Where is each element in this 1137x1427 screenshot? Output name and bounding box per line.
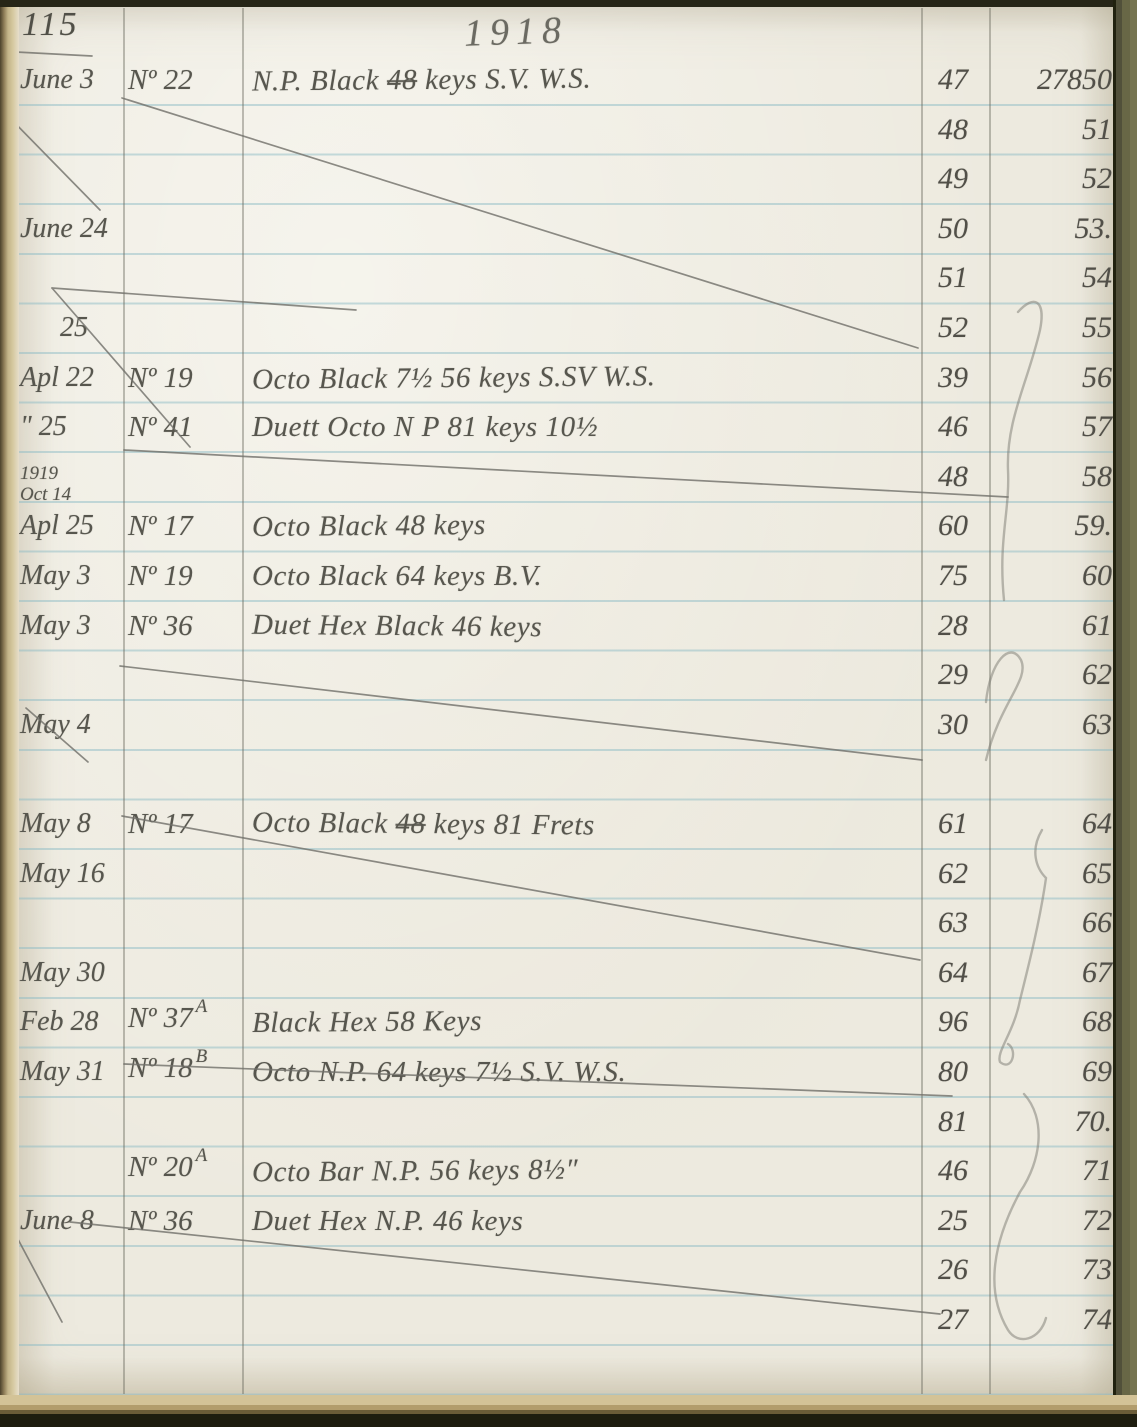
cell-batch-number: 28 bbox=[920, 602, 986, 650]
cell-description: Duett Octo N P 81 keys 10½ bbox=[252, 403, 598, 451]
cell-serial-number: 67 bbox=[990, 949, 1112, 997]
cell-serial-number: 61 bbox=[990, 602, 1112, 650]
cell-date: 25 bbox=[60, 304, 88, 352]
cell-serial-number: 55 bbox=[990, 304, 1112, 352]
description-text: keys 81 Frets bbox=[426, 808, 595, 841]
cell-serial-number: 59. bbox=[990, 502, 1112, 550]
cell-batch-number: 39 bbox=[920, 354, 986, 402]
ledger-row: May 306467 bbox=[0, 947, 1137, 997]
ledger-row: 2673 bbox=[0, 1244, 1137, 1294]
cell-serial-number: 66 bbox=[990, 899, 1112, 947]
cell-description: Octo Black 48 keys 81 Frets bbox=[252, 799, 595, 850]
ledger-row: May 3Nº 19Octo Black 64 keys B.V.7560 bbox=[0, 550, 1137, 600]
cell-batch-number: 62 bbox=[920, 850, 986, 898]
cell-batch-number: 52 bbox=[920, 304, 986, 352]
cell-batch-number: 49 bbox=[920, 155, 986, 203]
cell-batch-number: 46 bbox=[920, 1147, 986, 1195]
ledger-row: June 8Nº 36Duet Hex N.P. 46 keys2572 bbox=[0, 1195, 1137, 1245]
ledger-row: Feb 28Nº 37ABlack Hex 58 Keys9668 bbox=[0, 996, 1137, 1046]
ledger-row: Nº 20AOcto Bar N.P. 56 keys 8½″4671 bbox=[0, 1145, 1137, 1195]
ledger-row: 2774 bbox=[0, 1294, 1137, 1344]
cell-serial-number: 54 bbox=[990, 254, 1112, 302]
cell-model-number: Nº 41 bbox=[128, 403, 193, 451]
cell-serial-number: 51 bbox=[990, 106, 1112, 154]
cell-model-number: Nº 22 bbox=[128, 56, 193, 104]
cell-batch-number: 27 bbox=[920, 1296, 986, 1344]
cell-serial-number: 52 bbox=[990, 155, 1112, 203]
ledger-row: June 245053. bbox=[0, 203, 1137, 253]
cell-date: May 30 bbox=[20, 949, 105, 997]
cell-model-number: Nº 19 bbox=[128, 552, 193, 600]
cell-serial-number: 27850 bbox=[990, 56, 1112, 104]
cell-date: June 24 bbox=[20, 205, 108, 253]
cell-date: May 4 bbox=[20, 701, 91, 749]
description-text: Duet Hex Black 46 keys bbox=[252, 608, 542, 643]
cell-date: Feb 28 bbox=[20, 998, 99, 1046]
ledger-row: 4851 bbox=[0, 104, 1137, 154]
cell-model-number: Nº 37A bbox=[128, 994, 204, 1046]
cell-date: May 3 bbox=[20, 602, 91, 650]
ledger-page: 115 1918 June 3Nº 22N.P. Black 48 keys S… bbox=[0, 0, 1137, 1427]
cell-description: Black Hex 58 Keys bbox=[252, 997, 482, 1047]
cell-description: Duet Hex Black 46 keys bbox=[252, 600, 543, 651]
description-text: Octo Bar N.P. 56 keys 8½″ bbox=[252, 1154, 578, 1189]
cell-serial-number: 57 bbox=[990, 403, 1112, 451]
cell-model-number: Nº 18B bbox=[128, 1044, 204, 1096]
cell-batch-number: 80 bbox=[920, 1048, 986, 1096]
cell-date: June 8 bbox=[20, 1197, 94, 1245]
ledger-row: May 166265 bbox=[0, 848, 1137, 898]
cell-date-note: 1919Oct 14 bbox=[20, 463, 71, 505]
cell-description: Octo Black 64 keys B.V. bbox=[252, 552, 542, 600]
cell-date: May 31 bbox=[20, 1048, 105, 1096]
cell-batch-number: 26 bbox=[920, 1246, 986, 1294]
ledger-row: 255255 bbox=[0, 302, 1137, 352]
description-text: keys S.V. W.S. bbox=[417, 63, 591, 97]
cell-batch-number: 25 bbox=[920, 1197, 986, 1245]
cell-batch-number: 63 bbox=[920, 899, 986, 947]
cell-batch-number: 50 bbox=[920, 205, 986, 253]
book-binding-edge bbox=[0, 0, 19, 1427]
cell-batch-number: 75 bbox=[920, 552, 986, 600]
struck-text: 48 bbox=[387, 64, 417, 96]
cell-model-number: Nº 17 bbox=[128, 800, 193, 848]
cell-description: Octo Black 48 keys bbox=[252, 501, 486, 551]
cell-serial-number: 60 bbox=[990, 552, 1112, 600]
cell-batch-number: 96 bbox=[920, 998, 986, 1046]
ledger-row: June 3Nº 22N.P. Black 48 keys S.V. W.S.4… bbox=[0, 54, 1137, 104]
description-text: N.P. Black bbox=[252, 64, 387, 97]
page-stack-edge-bottom bbox=[0, 1395, 1137, 1427]
description-text: Octo Black 7½ 56 keys S.SV W.S. bbox=[252, 360, 656, 396]
cell-model-number: Nº 36 bbox=[128, 1197, 193, 1245]
cell-batch-number: 61 bbox=[920, 800, 986, 848]
cell-batch-number: 29 bbox=[920, 651, 986, 699]
cell-model-number: Nº 19 bbox=[128, 354, 193, 402]
cell-serial-number: 73 bbox=[990, 1246, 1112, 1294]
cell-date: May 16 bbox=[20, 850, 105, 898]
cell-description: Octo Black 7½ 56 keys S.SV W.S. bbox=[252, 352, 656, 404]
description-text: Octo Black bbox=[252, 807, 396, 840]
page-number: 115 bbox=[22, 6, 79, 44]
cell-serial-number: 68 bbox=[990, 998, 1112, 1046]
cell-serial-number: 72 bbox=[990, 1197, 1112, 1245]
model-variant-letter: B bbox=[196, 1046, 208, 1067]
ledger-row: Apl 22Nº 19Octo Black 7½ 56 keys S.SV W.… bbox=[0, 352, 1137, 402]
ledger-row: May 31Nº 18BOcto N.P. 64 keys 7½ S.V. W.… bbox=[0, 1046, 1137, 1096]
ledger-row: 4952 bbox=[0, 153, 1137, 203]
ledger-row: May 43063 bbox=[0, 699, 1137, 749]
cell-serial-number: 62 bbox=[990, 651, 1112, 699]
cell-serial-number: 71 bbox=[990, 1147, 1112, 1195]
cell-date: " 25 bbox=[20, 403, 67, 451]
ledger-row: 8170. bbox=[0, 1096, 1137, 1146]
ledger-row: 5154 bbox=[0, 252, 1137, 302]
ledger-row: 2962 bbox=[0, 649, 1137, 699]
cell-batch-number: 48 bbox=[920, 453, 986, 501]
description-text: Octo N.P. 64 keys 7½ S.V. W.S. bbox=[252, 1056, 626, 1088]
cell-serial-number: 65 bbox=[990, 850, 1112, 898]
model-variant-letter: A bbox=[196, 1145, 208, 1166]
cell-date: June 3 bbox=[20, 56, 94, 104]
year-heading: 1918 bbox=[463, 8, 568, 56]
cell-date: May 3 bbox=[20, 552, 91, 600]
cell-serial-number: 63 bbox=[990, 701, 1112, 749]
model-variant-letter: A bbox=[196, 996, 208, 1017]
cell-batch-number: 60 bbox=[920, 502, 986, 550]
ledger-row: Apl 25Nº 17Octo Black 48 keys6059. bbox=[0, 500, 1137, 550]
description-text: Duet Hex N.P. 46 keys bbox=[252, 1205, 523, 1237]
cell-serial-number: 70. bbox=[990, 1098, 1112, 1146]
cell-batch-number: 81 bbox=[920, 1098, 986, 1146]
cell-model-number: Nº 20A bbox=[128, 1143, 204, 1195]
cell-description: Octo N.P. 64 keys 7½ S.V. W.S. bbox=[252, 1048, 626, 1096]
ledger-row: 6366 bbox=[0, 897, 1137, 947]
cell-batch-number: 64 bbox=[920, 949, 986, 997]
ledger-row: " 25Nº 41Duett Octo N P 81 keys 10½4657 bbox=[0, 401, 1137, 451]
cell-batch-number: 46 bbox=[920, 403, 986, 451]
cell-date: Apl 25 bbox=[20, 502, 94, 550]
cell-date: Apl 22 bbox=[20, 354, 94, 402]
description-text: Black Hex 58 Keys bbox=[252, 1005, 482, 1039]
cell-description: N.P. Black 48 keys S.V. W.S. bbox=[252, 55, 592, 106]
ledger-row: May 8Nº 17Octo Black 48 keys 81 Frets616… bbox=[0, 798, 1137, 848]
description-text: Duett Octo N P 81 keys 10½ bbox=[252, 411, 598, 443]
cell-serial-number: 58 bbox=[990, 453, 1112, 501]
cell-description: Octo Bar N.P. 56 keys 8½″ bbox=[252, 1146, 579, 1197]
cover-edge-right bbox=[1113, 0, 1137, 1427]
cell-serial-number: 56 bbox=[990, 354, 1112, 402]
cell-description: Duet Hex N.P. 46 keys bbox=[252, 1197, 523, 1245]
cell-serial-number: 64 bbox=[990, 800, 1112, 848]
cover-edge-top bbox=[0, 0, 1137, 7]
cell-batch-number: 30 bbox=[920, 701, 986, 749]
cell-date: May 8 bbox=[20, 800, 91, 848]
cell-serial-number: 53. bbox=[990, 205, 1112, 253]
cell-batch-number: 48 bbox=[920, 106, 986, 154]
cell-serial-number: 69 bbox=[990, 1048, 1112, 1096]
ledger-row: 1919Oct 144858 bbox=[0, 451, 1137, 501]
struck-text: 48 bbox=[395, 808, 425, 840]
ledger-row: May 3Nº 36Duet Hex Black 46 keys2861 bbox=[0, 600, 1137, 650]
description-text: Octo Black 48 keys bbox=[252, 509, 486, 543]
cell-model-number: Nº 17 bbox=[128, 502, 193, 550]
description-text: Octo Black 64 keys B.V. bbox=[252, 560, 542, 592]
cell-batch-number: 47 bbox=[920, 56, 986, 104]
cell-serial-number: 74 bbox=[990, 1296, 1112, 1344]
cell-batch-number: 51 bbox=[920, 254, 986, 302]
cell-model-number: Nº 36 bbox=[128, 602, 193, 650]
